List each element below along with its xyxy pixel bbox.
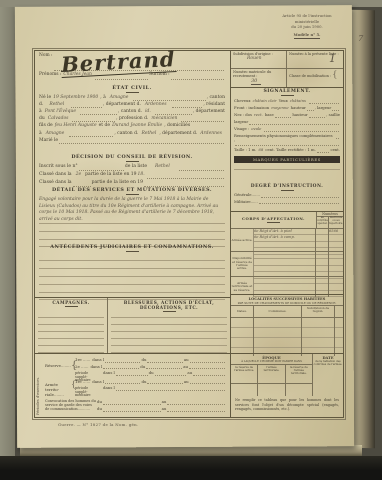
value: feu Henri Auguste bbox=[55, 123, 97, 128]
rule bbox=[39, 254, 225, 262]
value: châtain clair bbox=[253, 98, 277, 103]
group-label: Armée territoriale et sa réserve. bbox=[231, 282, 253, 292]
decision-line: Inscrit sous le n° de la liste Rethel bbox=[39, 164, 225, 172]
instruction-line: Militaire...... bbox=[234, 199, 340, 206]
rule bbox=[302, 328, 334, 338]
label: au bbox=[184, 357, 189, 362]
label: base bbox=[265, 112, 274, 117]
rule bbox=[116, 390, 225, 391]
value: moyenne bbox=[271, 105, 288, 110]
campagnes-column: CAMPAGNES. bbox=[35, 298, 108, 354]
rule bbox=[105, 383, 140, 384]
rule bbox=[147, 362, 182, 363]
label: hauteur bbox=[291, 105, 306, 110]
label: Classé dans la bbox=[39, 180, 72, 185]
scan-margin-left bbox=[0, 0, 15, 460]
value: châtains bbox=[290, 98, 306, 103]
header-boxes: Subdivision d'origine : Rouen Numéro à l… bbox=[231, 51, 343, 88]
subdivision-col-label: Subdivision de région. bbox=[301, 306, 334, 317]
value: 19 Septembre 1900 bbox=[53, 95, 98, 100]
group-label: Disponibilité et réserve de l'armée acti… bbox=[231, 257, 253, 271]
blessures-header: BLESSURES, ACTIONS D'ÉCLAT, DÉCORATIONS,… bbox=[108, 298, 230, 311]
territoriale-label: Armée territo- riale........ bbox=[45, 379, 71, 397]
note-text: Ne remplir ce tableau que pour les homme… bbox=[235, 398, 339, 412]
page-stack-right-edge bbox=[351, 10, 375, 448]
rule bbox=[111, 332, 227, 339]
epoque-header: ÉPOQUE À LAQUELLE L'HOMME DOIT PASSER DA… bbox=[231, 354, 312, 365]
rule bbox=[329, 277, 343, 284]
left-column: Nom : Bertrand Prénoms : Charles Jean Su… bbox=[35, 51, 230, 417]
classe-label: Classe de mobilisation : bbox=[289, 74, 331, 78]
brace: { bbox=[332, 70, 337, 79]
matricule-col-label: matricule ou au répertoire. bbox=[329, 217, 343, 228]
label: Militaire...... bbox=[234, 199, 258, 204]
rule bbox=[146, 368, 182, 369]
rule bbox=[111, 311, 227, 318]
rule bbox=[147, 178, 224, 179]
corps-header-row: CORPS D'AFFECTATION. Numéros au contrôle… bbox=[231, 212, 343, 229]
rule bbox=[147, 383, 182, 384]
reserve-group: Réserve........ { 1re ...... dans l du a… bbox=[45, 357, 226, 377]
label: dans l bbox=[103, 385, 115, 390]
rule bbox=[171, 79, 224, 80]
corps-entry-num: 6566 bbox=[329, 229, 338, 233]
value: Ardennes bbox=[200, 131, 222, 136]
rule bbox=[190, 383, 225, 384]
rule bbox=[189, 368, 225, 369]
gvc-row: du au bbox=[97, 399, 226, 406]
label: à bbox=[39, 131, 42, 136]
controle-col-label: au contrôle spécial. bbox=[317, 217, 329, 228]
printer-reference: Guerre. — N° 1827 de la Nom. gén. bbox=[58, 422, 138, 427]
rule bbox=[179, 170, 224, 171]
rule bbox=[155, 375, 187, 376]
instruction-section: DEGRÉ D'INSTRUCTION. Générale....... Mil… bbox=[234, 184, 340, 205]
matricule-label: Numéro matricule du recrutement : bbox=[233, 70, 271, 78]
periode-row: 1re ...... dans l du au bbox=[75, 357, 226, 364]
rule bbox=[254, 328, 301, 338]
rule bbox=[111, 339, 227, 346]
label: et de bbox=[99, 123, 110, 128]
rule bbox=[39, 277, 225, 285]
label: hauteur bbox=[292, 112, 307, 117]
rule bbox=[95, 79, 148, 80]
label: partie de la liste en 19 bbox=[85, 172, 136, 177]
label: d. bbox=[39, 102, 43, 107]
label: du bbox=[141, 357, 146, 362]
matricule-box: Numéro matricule du recrutement : 30 bbox=[231, 69, 287, 87]
rule bbox=[103, 404, 161, 405]
rule bbox=[231, 338, 253, 348]
numeros-header: Numéros au contrôle spécial. matricule o… bbox=[316, 212, 343, 228]
rule bbox=[316, 266, 328, 273]
services-title: DÉTAIL DES SERVICES ET MUTATIONS DIVERSE… bbox=[39, 187, 225, 195]
label: , département bbox=[193, 109, 225, 114]
localites-header-row: Dates. Communes. Subdivision de région. bbox=[231, 305, 343, 317]
label: partie de la liste en 19 bbox=[92, 180, 143, 185]
rule bbox=[116, 375, 148, 376]
subdivision-box: Subdivision d'origine : Rouen bbox=[231, 51, 287, 69]
campagnes-table: CAMPAGNES. BLESSURES, ACTIONS D'ÉCLAT, D… bbox=[35, 297, 230, 354]
periode-row: période supplé- mentaire dans l du au bbox=[75, 370, 226, 377]
instruction-line: Générale....... bbox=[234, 192, 340, 199]
rule bbox=[38, 339, 104, 346]
matricule-value: 30 bbox=[251, 78, 261, 85]
rule bbox=[39, 224, 225, 232]
value: Durand Jeanne Émilie bbox=[112, 123, 162, 128]
rule bbox=[254, 248, 315, 254]
rule bbox=[111, 325, 227, 332]
label: 1re ...... bbox=[75, 379, 90, 384]
gvc-group: Convocation des hommes du service de gar… bbox=[45, 399, 226, 413]
label: Visage : bbox=[234, 126, 249, 131]
prenoms-label: Prénoms : bbox=[39, 72, 61, 77]
rule bbox=[193, 375, 225, 376]
signalement-line: Front : inclinaison moyenne hauteur , la… bbox=[234, 105, 340, 112]
periodes-side-label: Périodes d'exercices. bbox=[36, 358, 40, 415]
localites-table: LOCALITÉS SUCCESSIVES HABITÉES PAR SUITE… bbox=[231, 294, 343, 354]
label: au bbox=[162, 406, 167, 411]
blessures-column: BLESSURES, ACTIONS D'ÉCLAT, DÉCORATIONS,… bbox=[108, 298, 230, 354]
rule bbox=[59, 143, 224, 144]
communes-col-label: Communes. bbox=[253, 306, 301, 317]
rule bbox=[261, 197, 339, 198]
rule bbox=[254, 338, 301, 348]
label: 2e ...... bbox=[75, 364, 88, 369]
under-page-digit: 7 bbox=[358, 34, 364, 43]
corps-entry: 6e Régt d'Art. à pied bbox=[254, 229, 292, 233]
label: cent. Taille rectifiée : 1 m. bbox=[265, 147, 315, 152]
rule bbox=[264, 131, 339, 132]
signalement-line: Taille : 1 m. 68 cent. Taille rectifiée … bbox=[234, 147, 340, 154]
form-frame: Nom : Bertrand Prénoms : Charles Jean Su… bbox=[34, 50, 344, 418]
label: Nez : dos bbox=[234, 112, 252, 117]
label: Générale....... bbox=[234, 192, 260, 197]
signalement-line: Visage : ovale bbox=[234, 126, 340, 133]
value: Ardennes bbox=[145, 102, 167, 107]
periode-row: 1re ...... dans l du au bbox=[75, 379, 226, 386]
rule bbox=[38, 332, 104, 339]
periode-row: 2e ...... dans l du au bbox=[75, 364, 226, 371]
rule bbox=[307, 110, 314, 111]
label: du bbox=[149, 370, 154, 375]
rule bbox=[103, 411, 161, 412]
rule bbox=[69, 136, 113, 137]
signalement-line: Cheveux châtain clair Yeux châtains bbox=[234, 98, 340, 105]
label: , à bbox=[100, 95, 106, 100]
rule bbox=[235, 145, 339, 146]
label: Cheveux bbox=[234, 98, 251, 103]
signalement-title: SIGNALEMENT. bbox=[234, 89, 340, 96]
rule bbox=[79, 170, 124, 171]
rule bbox=[249, 124, 339, 125]
value: rect. bbox=[254, 112, 263, 117]
rule bbox=[329, 252, 343, 259]
rule bbox=[316, 277, 328, 284]
corps-title: CORPS D'AFFECTATION. bbox=[231, 212, 316, 228]
label: Taille : 1 m. bbox=[234, 147, 257, 152]
etat-civil-line: fils de feu Henri Auguste et de Durand J… bbox=[39, 123, 225, 130]
narrow-col bbox=[334, 306, 343, 317]
epoque-table: ÉPOQUE À LAQUELLE L'HOMME DOIT PASSER DA… bbox=[231, 353, 343, 396]
services-handwritten-entry: Engagé volontaire pour la durée de la gu… bbox=[39, 197, 225, 224]
rule bbox=[39, 261, 225, 269]
rule bbox=[329, 259, 343, 266]
rule bbox=[332, 110, 339, 111]
rule bbox=[336, 138, 339, 139]
value: ovale bbox=[251, 126, 261, 131]
signalement-line: Renseignements physionomiques complément… bbox=[234, 133, 340, 140]
label: au bbox=[183, 364, 188, 369]
rule bbox=[329, 266, 343, 273]
label: fils de bbox=[39, 123, 53, 128]
label: dans l bbox=[103, 370, 115, 375]
value: id. bbox=[145, 109, 151, 114]
localites-title: LOCALITÉS SUCCESSIVES HABITÉES PAR SUITE… bbox=[231, 295, 343, 305]
label: du bbox=[141, 379, 146, 384]
rule bbox=[71, 107, 102, 108]
etat-civil-title: ÉTAT CIVIL. bbox=[39, 85, 225, 93]
signalement-line: largeur bbox=[234, 119, 340, 126]
epoque-subtitle: À LAQUELLE L'HOMME DOIT PASSER DANS bbox=[231, 360, 312, 363]
label: , département d. bbox=[159, 131, 197, 136]
marques-particulieres-band: MARQUES PARTICULIÈRES bbox=[234, 156, 340, 163]
epoque-left: ÉPOQUE À LAQUELLE L'HOMME DOIT PASSER DA… bbox=[231, 354, 312, 396]
label: Renseignements physionomiques complément… bbox=[234, 133, 335, 143]
etat-civil-section: ÉTAT CIVIL. Né le 19 Septembre 1900 , à … bbox=[39, 85, 225, 145]
rule bbox=[302, 318, 334, 328]
scan-dark-band bbox=[0, 456, 382, 480]
identity-section: Nom : Bertrand Prénoms : Charles Jean Su… bbox=[39, 53, 225, 81]
rule bbox=[38, 311, 104, 318]
rule bbox=[254, 259, 315, 266]
marie-line: Marié le bbox=[39, 138, 225, 145]
epoque-col2: l'armée territoriale. bbox=[257, 365, 284, 383]
label: Yeux bbox=[279, 98, 288, 103]
rule bbox=[133, 100, 205, 101]
rule bbox=[254, 277, 315, 284]
rule bbox=[80, 114, 117, 115]
label: , largeur bbox=[315, 105, 332, 110]
rule bbox=[309, 103, 339, 104]
periode-row: période supplé- mentaire dans l bbox=[75, 385, 226, 392]
modele-label: Modèle n° 5. bbox=[294, 32, 321, 39]
rule bbox=[335, 328, 343, 338]
rule bbox=[335, 318, 343, 328]
numero-liste-value: 1 bbox=[329, 52, 336, 65]
label: à bbox=[39, 109, 42, 114]
label: 1re ...... bbox=[75, 357, 90, 362]
etat-civil-line: d. Rethel , département d. Ardennes , ré… bbox=[39, 102, 225, 109]
rule bbox=[155, 114, 192, 115]
gvc-label: Convocation des hommes du service de gar… bbox=[45, 399, 97, 413]
epoque-col3: la réserve de l'armée territoriale. bbox=[285, 365, 312, 383]
group-label: Armée active. bbox=[231, 238, 253, 242]
rule bbox=[335, 338, 343, 348]
empty-cell bbox=[257, 384, 284, 396]
label: , saillie bbox=[326, 112, 340, 117]
nom-label: Nom : bbox=[39, 53, 53, 58]
epoque-col1: la réserve de l'armée active. bbox=[231, 365, 257, 383]
decompte-note: Ne remplir ce tableau que pour les homme… bbox=[235, 398, 339, 415]
corps-group-armee-active: Armée active. 6e Régt d'Art. à pied 6e R… bbox=[231, 229, 343, 252]
rule bbox=[254, 266, 315, 273]
empty-cell bbox=[231, 384, 257, 396]
value: 2e bbox=[76, 172, 82, 177]
value: Amagne bbox=[46, 131, 65, 136]
rule bbox=[167, 404, 225, 405]
rule bbox=[316, 252, 328, 259]
label: au bbox=[187, 370, 192, 375]
label: Classé dans la bbox=[39, 172, 72, 177]
periodes-section: Périodes d'exercices. Réserve........ { … bbox=[35, 353, 230, 417]
label: du bbox=[97, 399, 102, 404]
territoriale-group: Armée territo- riale........ { 1re .....… bbox=[45, 379, 226, 397]
rule bbox=[231, 318, 253, 328]
label: cent. bbox=[330, 147, 340, 152]
corps-group-disponibilite: Disponibilité et réserve de l'armée acti… bbox=[231, 252, 343, 277]
label: , profession d. bbox=[116, 116, 148, 121]
rule bbox=[105, 362, 140, 363]
label: , domiciliés bbox=[164, 123, 190, 128]
gvc-row: du au bbox=[97, 406, 226, 413]
signalement-line: Nez : dos rect. base hauteur , saillie bbox=[234, 112, 340, 119]
corps-affectation-table: CORPS D'AFFECTATION. Numéros au contrôle… bbox=[231, 211, 343, 295]
label: , résidant bbox=[203, 102, 225, 107]
label: largeur bbox=[234, 119, 248, 124]
rule bbox=[254, 318, 301, 328]
rule bbox=[316, 284, 328, 291]
corps-entry: 6e Régt d'Art. à camp. bbox=[254, 235, 295, 239]
rule bbox=[316, 259, 328, 266]
rule bbox=[275, 117, 292, 118]
reserve-label: Réserve........ bbox=[45, 357, 71, 377]
empty-cell bbox=[285, 384, 312, 396]
label: période supplé- mentaire bbox=[75, 387, 101, 397]
rule bbox=[38, 318, 104, 325]
etat-civil-line: Né le 19 Septembre 1900 , à Amagne , can… bbox=[39, 95, 225, 102]
rule bbox=[38, 325, 104, 332]
value: Rethel bbox=[141, 131, 156, 136]
rule bbox=[103, 368, 139, 369]
corner-instruction-note: Article 95 de l'instruction ministériell… bbox=[266, 13, 348, 39]
label: du bbox=[39, 116, 45, 121]
value: 18. bbox=[138, 172, 145, 177]
label: , canton d. bbox=[114, 131, 138, 136]
antecedents-section: ANTÉCÉDENTS JUDICIAIRES ET CONDAMNATIONS… bbox=[39, 244, 225, 300]
label: au bbox=[184, 379, 189, 384]
value: mécanicien bbox=[151, 116, 177, 121]
value: Pont l'Évêque bbox=[45, 109, 76, 114]
rule bbox=[38, 346, 104, 353]
label: , département d. bbox=[103, 102, 141, 107]
rule bbox=[329, 284, 343, 291]
rule bbox=[259, 203, 339, 204]
label: Inscrit sous le n° bbox=[39, 164, 78, 169]
label: dans l bbox=[92, 357, 104, 362]
rule bbox=[254, 284, 315, 291]
rule bbox=[39, 285, 225, 293]
numero-liste-box: Numéro à la présente liste : 1 bbox=[287, 51, 343, 69]
value: Calvados bbox=[48, 116, 69, 121]
classe-mobilisation-box: Classe de mobilisation : { bbox=[287, 69, 343, 87]
value: Amagne bbox=[110, 95, 129, 100]
label: Né le bbox=[39, 95, 51, 100]
epoque-date-col: DATE de la radiation des contrôles de l'… bbox=[312, 354, 343, 396]
rule bbox=[39, 269, 225, 277]
date-subtitle: de la radiation des contrôles de l'armée… bbox=[313, 360, 343, 366]
rule bbox=[234, 163, 340, 170]
label: Front : inclinaison bbox=[234, 105, 269, 110]
scanned-military-register-page: 7 Article 95 de l'instruction ministérie… bbox=[0, 0, 382, 480]
instruction-title: DEGRÉ D'INSTRUCTION. bbox=[234, 184, 340, 191]
value: 68 bbox=[259, 147, 264, 152]
dates-col-label: Dates. bbox=[231, 309, 253, 313]
label: Marié le bbox=[39, 138, 58, 143]
label: , canton bbox=[207, 95, 225, 100]
rule bbox=[167, 411, 225, 412]
right-column: Subdivision d'origine : Rouen Numéro à l… bbox=[230, 51, 343, 417]
localites-body bbox=[231, 317, 343, 356]
signalement-section: SIGNALEMENT. Cheveux châtain clair Yeux … bbox=[234, 89, 340, 170]
etat-civil-line: à Amagne , canton d. Rethel , départemen… bbox=[39, 131, 225, 138]
label: dans l bbox=[90, 364, 102, 369]
label: au bbox=[162, 399, 167, 404]
rule bbox=[302, 338, 334, 348]
label: dans l bbox=[92, 379, 104, 384]
localites-title-line2: PAR SUITE DE CHANGEMENTS DE DOMICILE OU … bbox=[231, 301, 343, 305]
decision-line: Classé dans la 2e partie de la liste en … bbox=[39, 172, 225, 180]
antecedents-title: ANTÉCÉDENTS JUDICIAIRES ET CONDAMNATIONS… bbox=[39, 244, 225, 252]
services-section: DÉTAIL DES SERVICES ET MUTATIONS DIVERSE… bbox=[39, 187, 225, 247]
rule bbox=[317, 152, 330, 153]
value: Rethel bbox=[49, 102, 64, 107]
subdivision-value: Rouen bbox=[247, 56, 284, 61]
rule bbox=[190, 362, 225, 363]
label: du bbox=[97, 406, 102, 411]
decision-section: DÉCISION DU CONSEIL DE RÉVISION. Inscrit… bbox=[39, 154, 225, 188]
value: Rethel bbox=[155, 164, 170, 169]
rule bbox=[309, 117, 326, 118]
label: du bbox=[140, 364, 145, 369]
rule bbox=[172, 107, 203, 108]
rule bbox=[111, 346, 227, 353]
rule bbox=[39, 232, 225, 240]
rule bbox=[231, 328, 253, 338]
label: de la liste bbox=[125, 164, 147, 169]
campagnes-header: CAMPAGNES. bbox=[35, 298, 107, 311]
decision-title: DÉCISION DU CONSEIL DE RÉVISION. bbox=[39, 154, 225, 162]
label: , canton d. bbox=[118, 109, 142, 114]
rule bbox=[111, 318, 227, 325]
